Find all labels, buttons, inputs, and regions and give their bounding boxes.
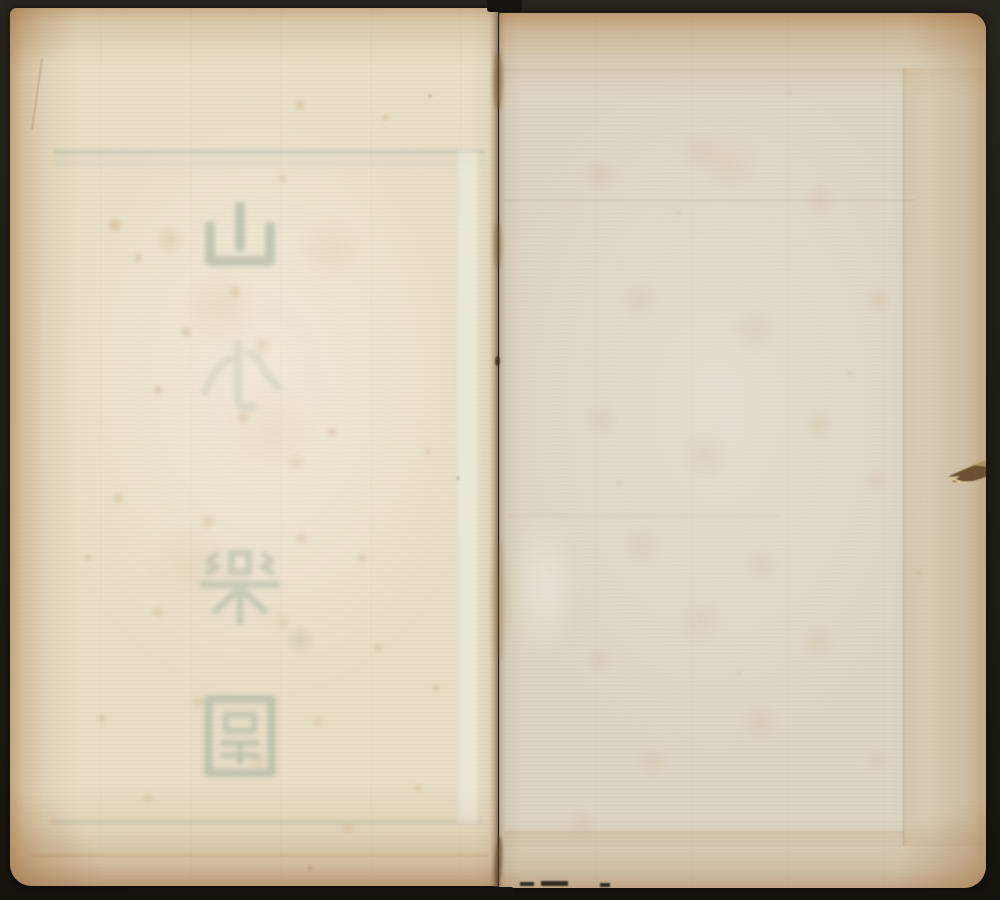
foxing-spots-right — [499, 13, 986, 888]
underlying-page-edge-band — [903, 68, 986, 846]
book-photograph — [0, 0, 1000, 900]
foxing-spots-left — [10, 8, 498, 886]
bleedthrough-top-rule-shadow — [54, 160, 484, 166]
bleedthrough-vertical-band — [456, 150, 478, 824]
left-page — [10, 8, 498, 886]
bleedthrough-character-4 — [196, 688, 284, 784]
horizontal-crease-faint — [509, 515, 779, 517]
toning-line — [30, 854, 488, 857]
toned-edges-right — [499, 13, 986, 888]
bleedthrough-character-3 — [196, 540, 284, 636]
bottom-edge-mark — [600, 883, 610, 887]
right-page — [499, 13, 986, 888]
horizontal-crease — [505, 199, 914, 201]
bleedthrough-character-2 — [196, 332, 284, 428]
wrinkle-sheen — [507, 508, 581, 663]
bottom-edge-mark — [541, 881, 568, 886]
tissue-bottom-edge — [505, 831, 904, 848]
spine-tail — [489, 887, 514, 900]
toned-edges-left — [10, 8, 498, 886]
bleedthrough-character-1 — [196, 192, 284, 288]
fore-edge-tear — [945, 447, 986, 503]
bleedthrough-bottom-rule — [50, 820, 482, 824]
spine-head — [487, 0, 522, 12]
bleedthrough-top-rule — [54, 150, 484, 154]
bottom-edge-mark — [520, 882, 534, 886]
tissue-top-edge — [499, 69, 906, 71]
paper-fiber-mark — [31, 58, 43, 130]
